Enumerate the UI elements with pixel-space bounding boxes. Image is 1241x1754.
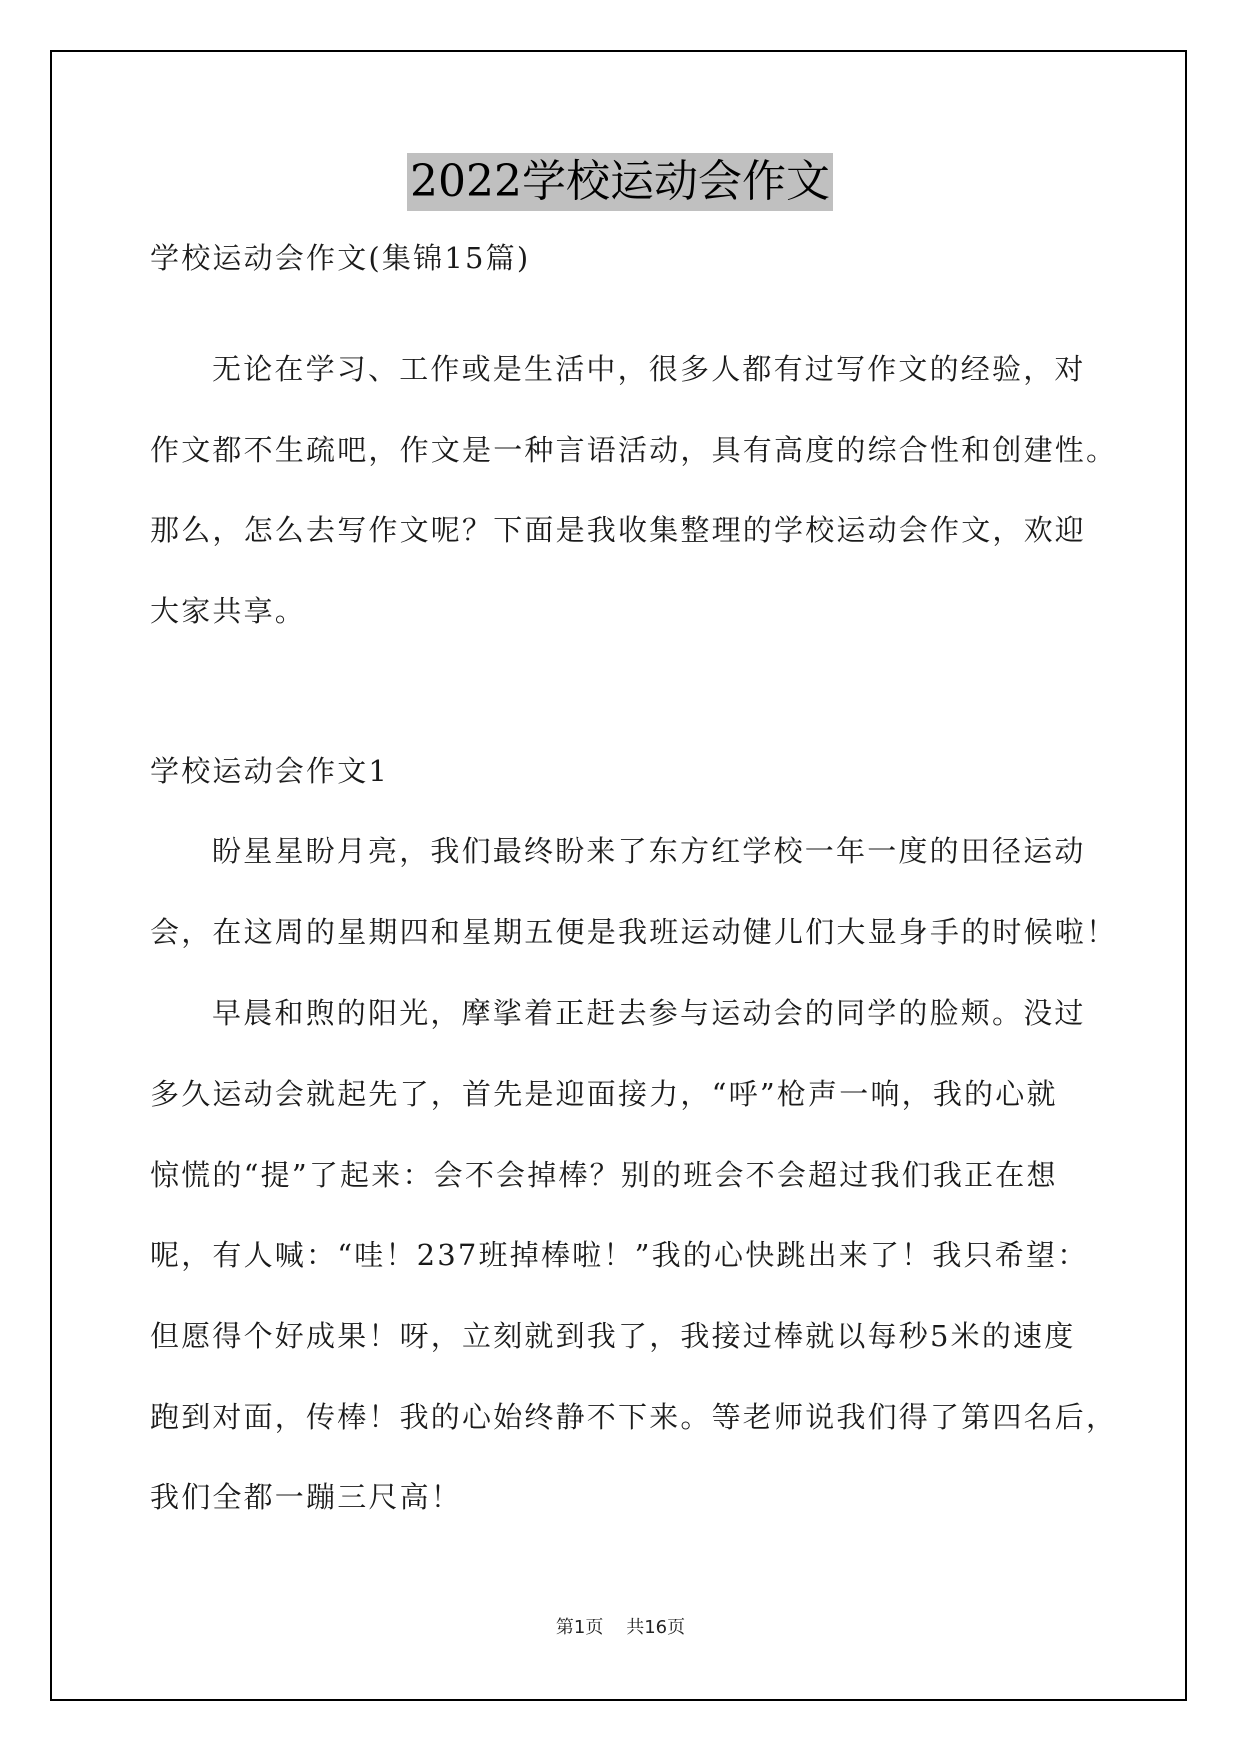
section-paragraph-line: 会，在这周的星期四和星期五便是我班运动健儿们大显身手的时候啦！: [150, 912, 1117, 952]
section-paragraph-line: 早晨和煦的阳光，摩挲着正赶去参与运动会的同学的脸颊。没过: [212, 993, 1086, 1033]
footer-separator: [603, 1617, 626, 1638]
intro-paragraph-line: 作文都不生疏吧，作文是一种言语活动，具有高度的综合性和创建性。: [150, 430, 1117, 470]
section-paragraph-line: 多久运动会就起先了，首先是迎面接力，“呼”枪声一响，我的心就: [150, 1074, 1058, 1114]
document-subtitle: 学校运动会作文(集锦15篇): [150, 238, 530, 278]
page-footer: 第1页 共16页: [0, 1616, 1241, 1640]
intro-paragraph-line: 无论在学习、工作或是生活中，很多人都有过写作文的经验，对: [212, 349, 1086, 389]
section-paragraph-line: 但愿得个好成果！呀，立刻就到我了，我接过棒就以每秒5米的速度: [150, 1316, 1075, 1356]
page-border: [50, 50, 1187, 1701]
section-paragraph-line: 呢，有人喊：“哇！237班掉棒啦！”我的心快跳出来了！我只希望：: [150, 1235, 1088, 1275]
section-paragraph-line: 跑到对面，传棒！我的心始终静不下来。等老师说我们得了第四名后，: [150, 1397, 1117, 1437]
section-heading: 学校运动会作文1: [150, 751, 389, 791]
section-paragraph-line: 惊慌的“提”了起来：会不会掉棒？别的班会不会超过我们我正在想: [150, 1155, 1058, 1195]
total-pages-label: 共16页: [626, 1617, 685, 1638]
section-paragraph-line: 我们全都一蹦三尺高！: [150, 1477, 462, 1517]
current-page-label: 第1页: [556, 1617, 603, 1638]
intro-paragraph-line: 大家共享。: [150, 591, 306, 631]
section-paragraph-line: 盼星星盼月亮，我们最终盼来了东方红学校一年一度的田径运动: [212, 831, 1086, 871]
document-title: 2022学校运动会作文: [407, 153, 833, 211]
intro-paragraph-line: 那么，怎么去写作文呢？下面是我收集整理的学校运动会作文，欢迎: [150, 510, 1086, 550]
